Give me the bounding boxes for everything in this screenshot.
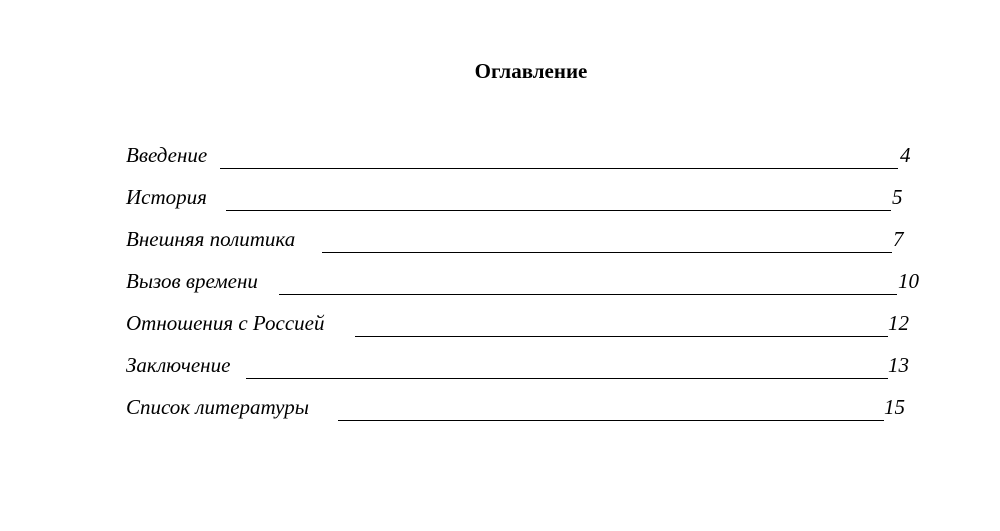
toc-entry-label: Отношения с Россией [126,308,324,338]
toc-entry-label: Заключение [126,350,230,380]
toc-leader-line [322,252,892,253]
toc-leader-line [338,420,884,421]
toc-leader-line [355,336,888,337]
toc-entry-label: История [126,182,207,212]
toc-page-number: 4 [900,140,911,170]
document-page: Оглавление Введение 4 История 5 Внешняя … [0,0,1000,531]
toc-page-number: 12 [888,308,909,338]
toc-leader-line [226,210,891,211]
toc-page-number: 10 [898,266,919,296]
toc-page-number: 15 [884,392,905,422]
toc-page-number: 7 [893,224,904,254]
toc-page-number: 5 [892,182,903,212]
toc-leader-line [279,294,897,295]
toc-page-number: 13 [888,350,909,380]
toc-entry-label: Вызов времени [126,266,258,296]
toc-entry-label: Список литературы [126,392,309,422]
toc-entry-label: Введение [126,140,207,170]
toc-entry-label: Внешняя политика [126,224,295,254]
toc-leader-line [220,168,898,169]
toc-leader-line [246,378,888,379]
toc-heading: Оглавление [0,57,1000,85]
